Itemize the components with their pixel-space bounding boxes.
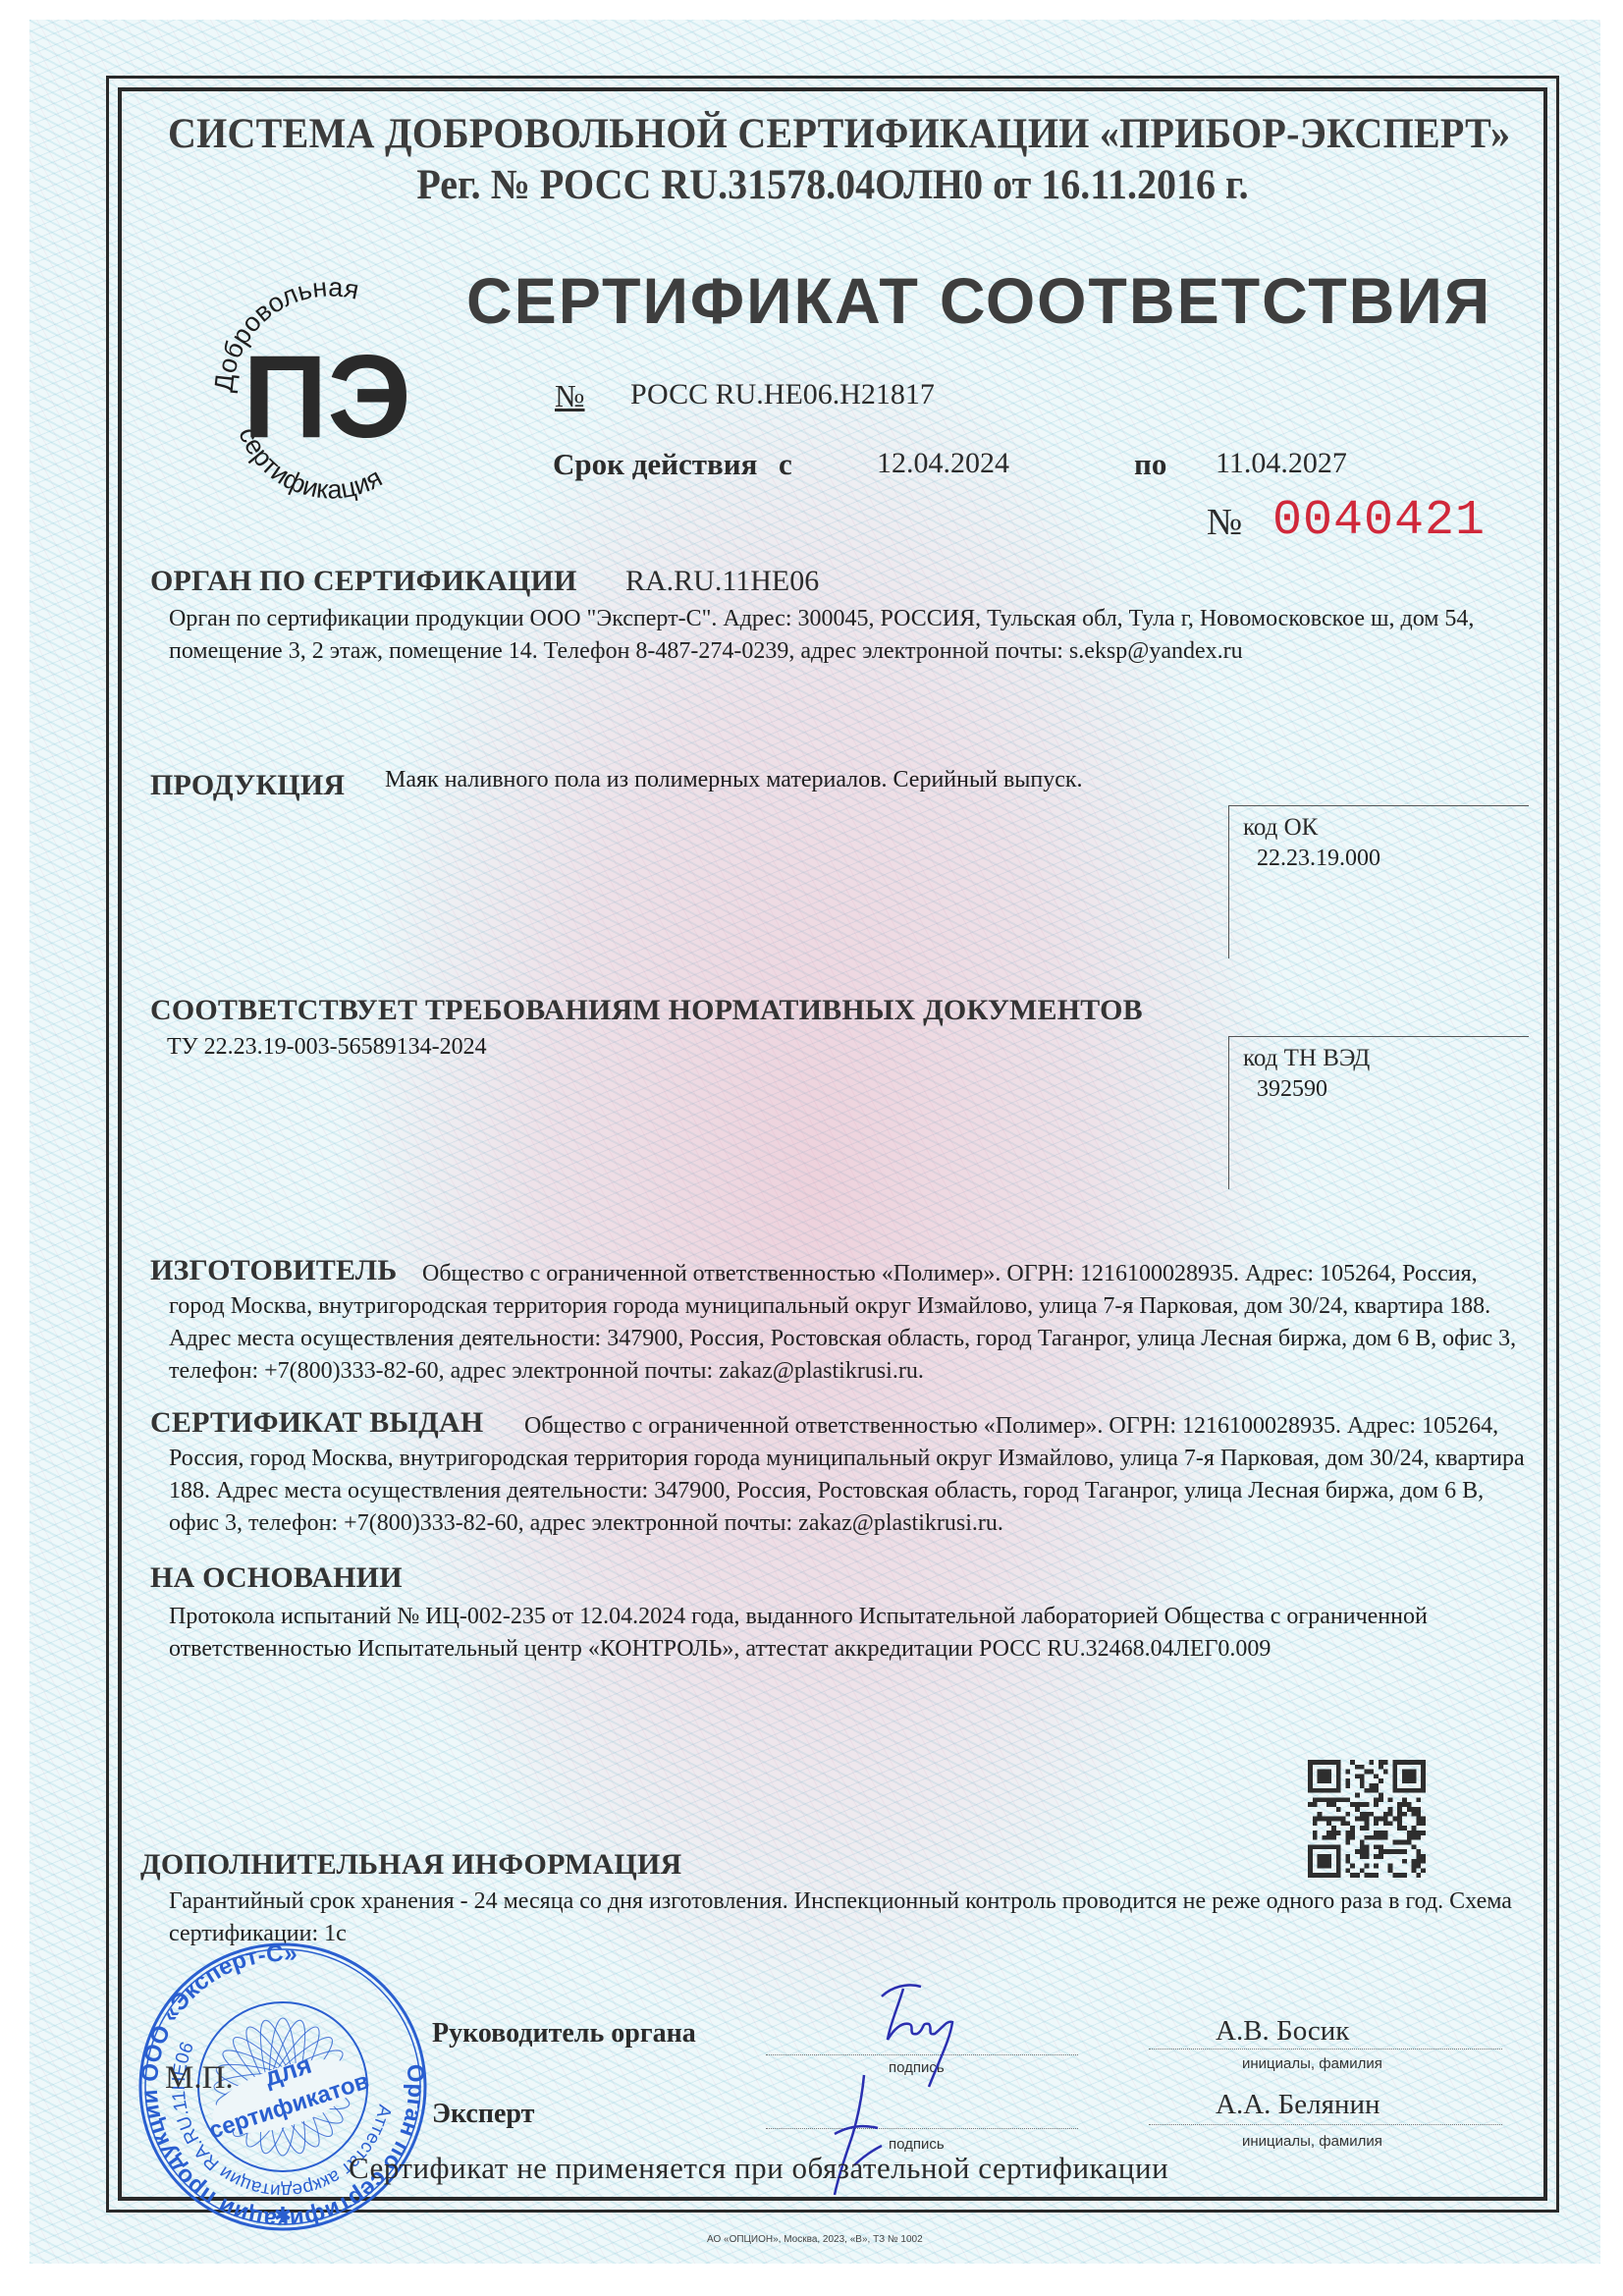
manufacturer-text: Общество с ограниченной ответственностью… — [169, 1258, 1539, 1388]
validity-to-label: по — [1134, 447, 1166, 482]
expert-name-caption: инициалы, фамилия — [1242, 2133, 1382, 2150]
serial-number-label: № — [1207, 501, 1242, 544]
validity-from-date: 12.04.2024 — [877, 447, 1009, 480]
expert-role-label: Эксперт — [432, 2099, 534, 2130]
head-name: А.В. Босик — [1216, 2015, 1349, 2048]
head-name-line — [1149, 2049, 1502, 2050]
validity-label: Срок действия — [553, 447, 757, 482]
validity-from-label: с — [779, 447, 792, 482]
tn-ved-code-label: код ТН ВЭД — [1243, 1045, 1370, 1072]
certification-body-heading: ОРГАН ПО СЕРТИФИКАЦИИ — [150, 565, 577, 598]
certificate-number: РОСС RU.НЕ06.Н21817 — [630, 378, 935, 411]
tn-ved-code-value: 392590 — [1257, 1076, 1327, 1103]
basis-heading: НА ОСНОВАНИИ — [150, 1561, 403, 1595]
serial-number: 0040421 — [1272, 493, 1486, 549]
printer-imprint: АО «ОПЦИОН», Москва, 2023, «В», ТЗ № 100… — [707, 2234, 923, 2245]
additional-info-heading: ДОПОЛНИТЕЛЬНАЯ ИНФОРМАЦИЯ — [140, 1848, 681, 1882]
svg-text:✱: ✱ — [274, 2203, 292, 2227]
voluntary-certification-logo: Добровольная сертификация ПЭ — [211, 265, 447, 520]
not-applicable-notice: Сертификат не применяется при обязательн… — [349, 2151, 1168, 2186]
head-name-caption: инициалы, фамилия — [1242, 2055, 1382, 2072]
pe-logo-icon: Добровольная сертификация ПЭ — [211, 265, 447, 520]
expert-name: А.А. Белянин — [1216, 2089, 1380, 2121]
ok-code-box: код ОК 22.23.19.000 — [1228, 805, 1529, 958]
certification-body-text: Орган по сертификации продукции ООО "Экс… — [169, 603, 1524, 668]
ok-code-value: 22.23.19.000 — [1257, 846, 1380, 872]
system-registration: Рег. № РОСС RU.31578.04ОЛН0 от 16.11.201… — [168, 161, 1497, 209]
system-title: СИСТЕМА ДОБРОВОЛЬНОЙ СЕРТИФИКАЦИИ «ПРИБО… — [168, 110, 1497, 158]
tn-ved-code-box: код ТН ВЭД 392590 — [1228, 1036, 1529, 1189]
logo-letters: ПЭ — [243, 331, 411, 463]
certificate-number-label: № — [555, 378, 585, 414]
certification-body-code: RA.RU.11НЕ06 — [625, 565, 819, 598]
validity-to-date: 11.04.2027 — [1216, 447, 1347, 480]
basis-text: Протокола испытаний № ИЦ-002-235 от 12.0… — [169, 1601, 1534, 1666]
qr-code-icon — [1308, 1760, 1426, 1878]
product-text: Маяк наливного пола из полимерных матери… — [385, 767, 1083, 793]
conformity-text: ТУ 22.23.19-003-56589134-2024 — [167, 1034, 487, 1061]
head-role-label: Руководитель органа — [432, 2018, 696, 2050]
expert-name-line — [1149, 2124, 1502, 2125]
ok-code-label: код ОК — [1243, 814, 1318, 842]
product-heading: ПРОДУКЦИЯ — [150, 769, 345, 802]
conformity-heading: СООТВЕТСТВУЕТ ТРЕБОВАНИЯМ НОРМАТИВНЫХ ДО… — [150, 994, 1143, 1027]
issued-to-text: Общество с ограниченной ответственностью… — [169, 1410, 1539, 1540]
mp-label: М.П. — [165, 2060, 234, 2097]
qr-code[interactable] — [1308, 1760, 1426, 1878]
certificate-title: СЕРТИФИКАТ СООТВЕТСТВИЯ — [466, 263, 1491, 338]
expert-signature-line — [766, 2128, 1078, 2129]
